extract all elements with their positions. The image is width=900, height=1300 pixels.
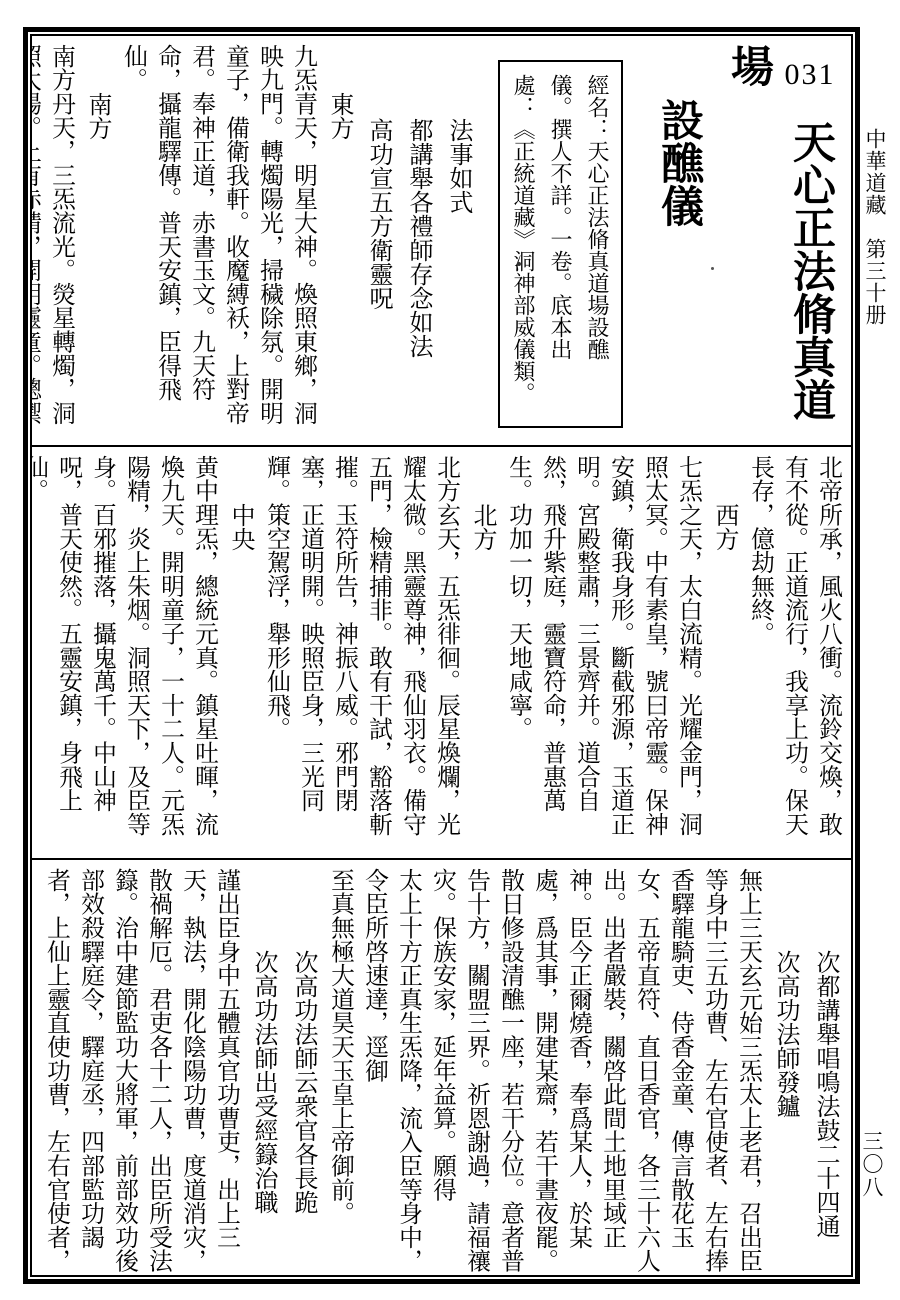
incantation-center: 黄中理炁，總統元真。鎮星吐暉，流煥九天。開明童子，一十二人。元炁陽精，炎上朱烟。… (30, 455, 221, 858)
incantation-north: 北方玄天，五炁徘徊。辰星煥爛，光耀太微。黑靈尊神，飛仙羽衣。備守五門，檢精捕非。… (259, 455, 463, 858)
subtitle: 設醮儀 (647, 44, 709, 445)
scanned-canon-page: { "page": { "code": "031", "volume_label… (0, 0, 900, 1300)
incantation-south: 南方丹天，三炁流光。熒星轉燭，洞照太陽。上有赤精，開明靈童。總禦火兵，備守三宮。… (30, 44, 78, 445)
ink-speck (711, 267, 714, 270)
incantation-west: 七炁之天，太白流精。光耀金門，洞照太冥。中有素皇，號曰帝靈。保神安鎮，衛我身形。… (501, 455, 705, 858)
incantation-east: 九炁青天，明星大神。煥照東鄉，洞映九門。轉燭陽光，掃穢除氛。開明童子，備衛我軒。… (116, 44, 320, 445)
title-column: 031天心正法脩真道場 (717, 44, 841, 445)
page-code: 031 (785, 44, 836, 120)
heading-center: 中央 (221, 455, 259, 858)
instruction-register: 次高功法師出受經籙治職 (243, 868, 283, 1275)
register-paragraph: 謹出臣身中五體真官功曹吏，出上三天，執法，開化陰陽功曹，度道消灾，散禍解厄。君吏… (39, 868, 243, 1275)
invocation-honorific-zhizhen: 至真無極大道昊天玉皇上帝御前。 (323, 868, 357, 1275)
colophon-line: 儀。撰人不詳。一卷。底本出 (542, 74, 579, 414)
heading-north: 北方 (463, 455, 501, 858)
incantation-south-continued: 北帝所承，風火八衝。流鈴交煥，敢有不從。正道流行，我享上功。保天長存，億劫無終。 (743, 455, 845, 858)
folio-number: 三〇八 (860, 1130, 884, 1199)
instruction-fashi: 法事如式 (438, 44, 478, 445)
section-top: 031天心正法脩真道場 設醮儀 經名：天心正法脩真道場設醮 儀。撰人不詳。一卷。… (32, 36, 851, 445)
heading-west: 西方 (705, 455, 743, 858)
page-frame-outer: 031天心正法脩真道場 設醮儀 經名：天心正法脩真道場設醮 儀。撰人不詳。一卷。… (23, 27, 860, 1284)
section-bottom: 次都講舉唱鳴法鼓二十四通 次高功法師發鑪 無上三天玄元始三炁太上老君，召出臣等身… (32, 858, 851, 1275)
page-frame-inner: 031天心正法脩真道場 設醮儀 經名：天心正法脩真道場設醮 儀。撰人不詳。一卷。… (30, 34, 853, 1277)
colophon-box: 經名：天心正法脩真道場設醮 儀。撰人不詳。一卷。底本出 處：《正統道藏》洞神部威… (498, 60, 623, 428)
instruction-censer: 次高功法師發鑪 (765, 868, 805, 1275)
volume-label: 中華道藏 第三十册 (862, 128, 888, 326)
invocation-paragraph: 無上三天玄元始三炁太上老君，召出臣等身中三五功曹、左右官使者、左右捧香驛龍騎吏、… (425, 868, 765, 1275)
instruction-gaogong: 高功宣五方衛靈呪 (358, 44, 398, 445)
section-middle: 北帝所承，風火八衝。流鈴交煥，敢有不從。正道流行，我享上功。保天長存，億劫無終。… (32, 445, 851, 858)
instruction-drum: 次都講舉唱鳴法鼓二十四通 (805, 868, 845, 1275)
instruction-dujiang: 都講舉各禮師存念如法 (398, 44, 438, 445)
ink-speck (517, 262, 521, 266)
colophon-line: 處：《正統道藏》洞神部威儀類。 (505, 74, 542, 414)
colophon-line: 經名：天心正法脩真道場設醮 (579, 74, 616, 414)
instruction-kneel: 次高功法師云衆官各長跪 (283, 868, 323, 1275)
heading-east: 東方 (320, 44, 358, 445)
heading-south: 南方 (78, 44, 116, 445)
invocation-honorific-taishang: 太上十方正真生炁降，流入臣等身中，令臣所啓速達，逕御 (357, 868, 425, 1275)
